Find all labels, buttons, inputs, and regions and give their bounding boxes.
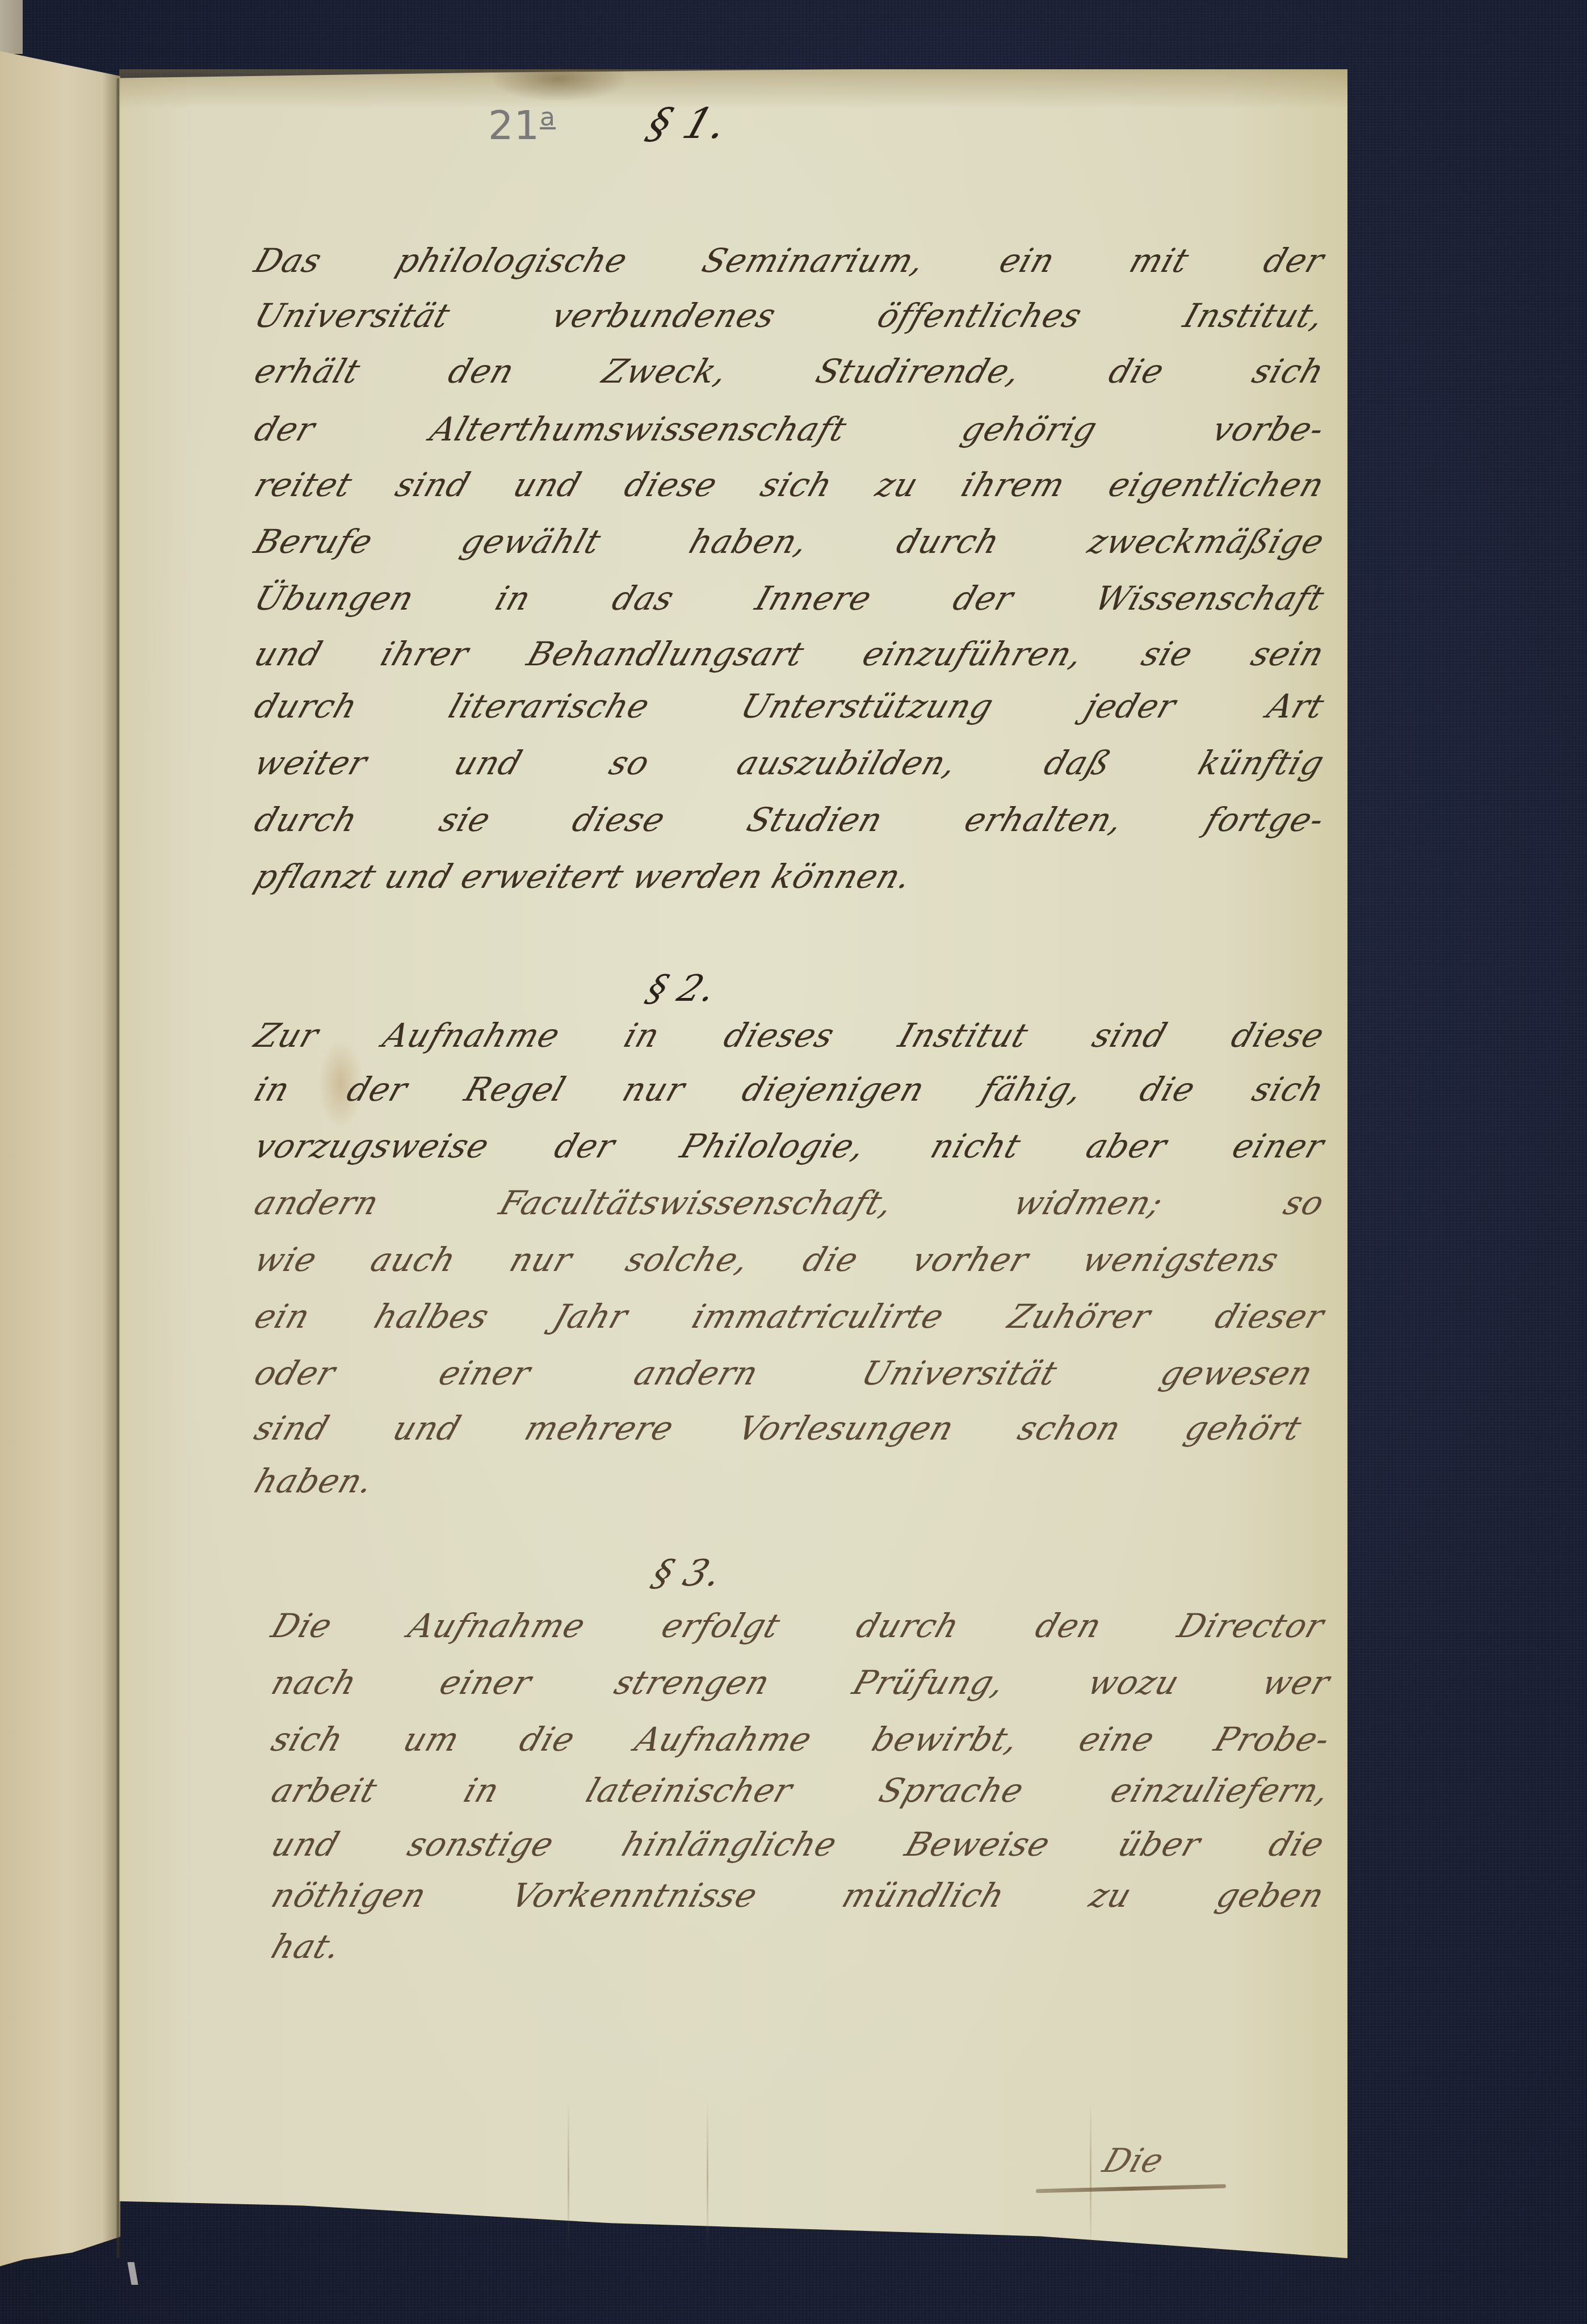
section-2-heading: § 2. [641, 968, 721, 1010]
section-3-heading: § 3. [647, 1553, 727, 1595]
section-1-heading: § 1. [641, 99, 734, 148]
text-line: Übungen in das Innere der Wissenschaft [250, 579, 1329, 618]
left-page-strip [0, 51, 120, 2316]
text-line: Universität verbundenes öffentliches Ins… [250, 296, 1329, 335]
text-line: arbeit in lateinischer Sprache einzulief… [267, 1771, 1335, 1810]
text-line: Berufe gewählt haben, durch zweckmäßige [250, 522, 1329, 561]
text-line: und ihrer Behandlungsart einzuführen, si… [250, 635, 1329, 673]
text-line: vorzugsweise der Philologie, nicht aber … [250, 1127, 1329, 1165]
text-line: erhält den Zweck, Studirende, die sich [250, 352, 1329, 391]
text-line: sind und mehrere Vorlesungen schon gehör… [250, 1409, 1307, 1448]
text-line: in der Regel nur diejenigen fähig, die s… [250, 1070, 1329, 1109]
text-line: weiter und so auszubilden, daß künftig [250, 744, 1329, 782]
text-line: Die Aufnahme erfolgt durch den Director [267, 1606, 1329, 1645]
previous-leaf-corner [0, 0, 23, 54]
folio-number-value: 21 [488, 102, 540, 149]
text-line: nöthigen Vorkenntnisse mündlich zu geben [267, 1876, 1329, 1915]
paper-crease [1090, 2100, 1091, 2254]
book-spine-gutter [116, 78, 120, 2258]
text-line: der Alterthumswissenschaft gehörig vorbe… [250, 410, 1329, 448]
text-line: Das philologische Seminarium, ein mit de… [250, 241, 1329, 280]
text-line: und sonstige hinlängliche Beweise über d… [267, 1825, 1329, 1864]
folio-number: 21a [488, 102, 556, 149]
text-line: pflanzt und erweitert werden können. [250, 857, 1273, 896]
ink-stain-top [494, 69, 624, 100]
text-line: durch literarische Unterstützung jeder A… [250, 687, 1329, 725]
paper-crease [568, 2100, 569, 2254]
folio-suffix: a [540, 103, 556, 132]
text-line: durch sie diese Studien erhalten, fortge… [250, 800, 1329, 839]
top-edge-stain [119, 69, 1347, 109]
text-line: wie auch nur solche, die vorher wenigste… [250, 1240, 1284, 1279]
text-line: ein halbes Jahr immatriculirte Zuhörer d… [250, 1297, 1329, 1336]
paper-crease [707, 2100, 708, 2254]
text-line: andern Facultätswissenschaft, widmen; so [250, 1184, 1329, 1222]
text-line: oder einer andern Universität gewesen [250, 1354, 1318, 1392]
text-line: Zur Aufnahme in dieses Institut sind die… [250, 1016, 1329, 1055]
text-line: sich um die Aufnahme bewirbt, eine Probe… [267, 1720, 1335, 1759]
text-line: hat. [267, 1927, 1346, 1966]
text-line: reitet sind und diese sich zu ihrem eige… [250, 465, 1329, 504]
text-line: haben. [250, 1462, 1329, 1500]
text-line: nach einer strengen Prüfung, wozu wer [267, 1663, 1335, 1702]
